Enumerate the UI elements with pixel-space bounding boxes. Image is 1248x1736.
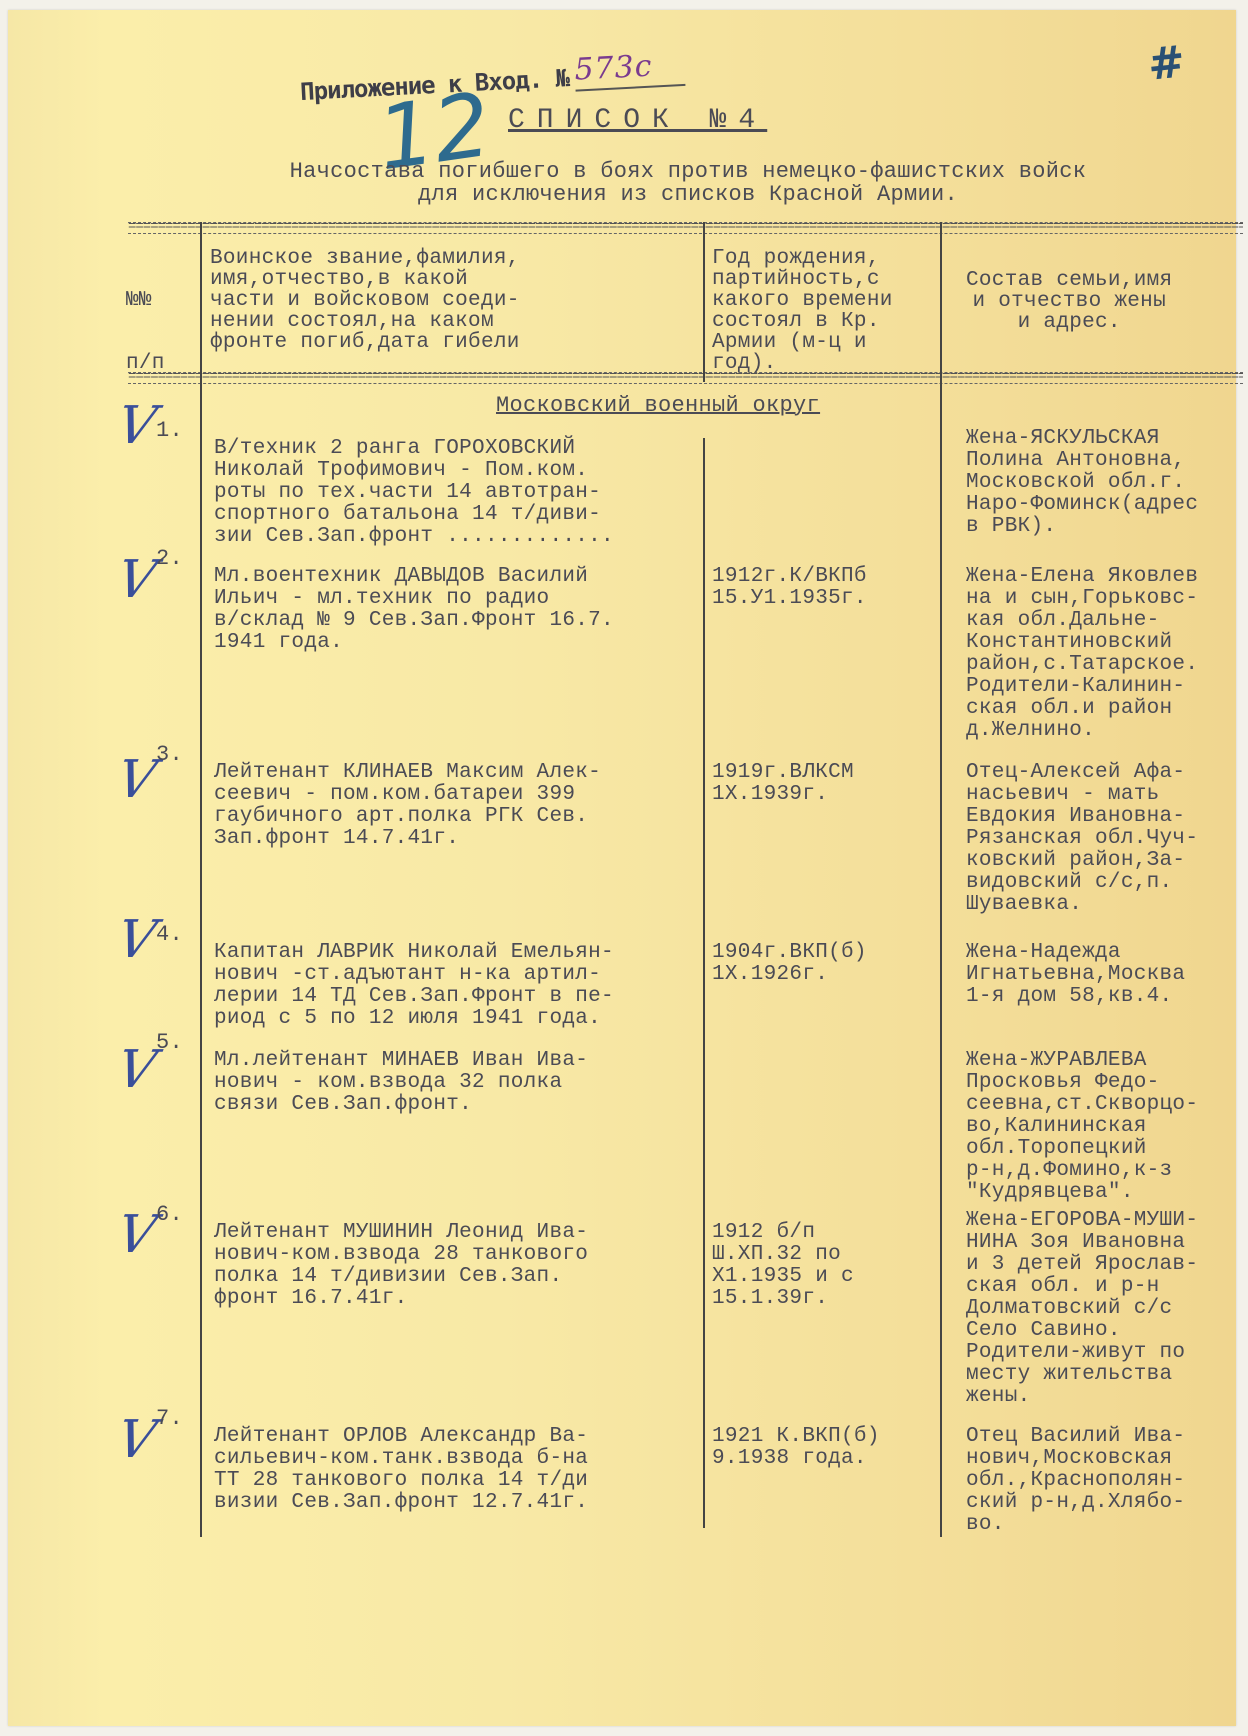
header-line: №№ bbox=[126, 290, 178, 311]
person-details: Лейтенант МУШИНИН Леонид Ива-нович-ком.в… bbox=[214, 1222, 588, 1310]
text-line: фронт 16.7.41г. bbox=[214, 1288, 588, 1310]
header-line: нении состоял,на каком bbox=[210, 311, 520, 332]
text-line: Село Савино. bbox=[966, 1320, 1198, 1342]
row-number: 1. bbox=[156, 420, 183, 442]
text-line: Ильич - мл.техник по радио bbox=[214, 588, 614, 610]
corner-mark: # bbox=[1145, 36, 1187, 91]
text-line: Мл.воентехник ДАВЫДОВ Василий bbox=[214, 566, 614, 588]
text-line: Жена-Елена Яковлев bbox=[966, 566, 1198, 588]
check-mark-icon: V bbox=[113, 550, 161, 610]
document-title: СПИСОК №4 bbox=[508, 110, 767, 132]
header-line: какого времени bbox=[712, 290, 893, 311]
birth-party-details: 1904г.ВКП(б)1Х.1926г. bbox=[712, 942, 867, 986]
text-line: Жена-Надежда bbox=[966, 942, 1185, 964]
text-line: в РВК). bbox=[966, 516, 1198, 538]
text-line: 1921 К.ВКП(б) bbox=[712, 1426, 880, 1448]
section-heading: Московский военный округ bbox=[496, 395, 820, 417]
row-number: 7. bbox=[156, 1408, 183, 1430]
text-line: обл.Торопецкий bbox=[966, 1138, 1198, 1160]
text-line: Евдокия Ивановна- bbox=[966, 806, 1198, 828]
text-line: Родители-Калинин- bbox=[966, 676, 1198, 698]
text-line: Отец Василий Ива- bbox=[966, 1426, 1185, 1448]
check-mark-icon: V bbox=[113, 396, 161, 456]
check-mark-icon: V bbox=[113, 910, 161, 970]
family-details: Отец-Алексей Афа-насьевич - матьЕвдокия … bbox=[966, 762, 1198, 916]
text-line: В/техник 2 ранга ГОРОХОВСКИЙ bbox=[214, 438, 614, 460]
text-line: кая обл.Дальне- bbox=[966, 610, 1198, 632]
person-details: Мл.воентехник ДАВЫДОВ ВасилийИльич - мл.… bbox=[214, 566, 614, 654]
text-line: ская обл. и р-н bbox=[966, 1276, 1198, 1298]
text-line: лерии 14 ТД Сев.Зап.Фронт в пе- bbox=[214, 986, 614, 1008]
person-details: Капитан ЛАВРИК Николай Емельян-нович -ст… bbox=[214, 942, 614, 1030]
text-line: 1904г.ВКП(б) bbox=[712, 942, 867, 964]
text-line: ский р-н,д.Хлябо- bbox=[966, 1492, 1185, 1514]
text-line: Жена-ЯСКУЛЬСКАЯ bbox=[966, 428, 1198, 450]
header-line: Год рождения, bbox=[712, 248, 893, 269]
header-line: фронте погиб,дата гибели bbox=[210, 332, 520, 353]
text-line: визии Сев.Зап.фронт 12.7.41г. bbox=[214, 1492, 588, 1514]
family-details: Отец Василий Ива-нович,Московскаяобл.,Кр… bbox=[966, 1426, 1185, 1536]
person-details: Лейтенант КЛИНАЕВ Максим Алек-сеевич - п… bbox=[214, 762, 601, 850]
double-rule-header-bottom: ========================================… bbox=[128, 372, 1243, 384]
text-line: Х1.1935 и с bbox=[712, 1266, 854, 1288]
header-person: Воинское звание,фамилия,имя,отчество,в к… bbox=[210, 248, 520, 353]
birth-party-details: 1912 б/пШ.ХП.32 поХ1.1935 и с15.1.39г. bbox=[712, 1222, 854, 1310]
text-line: Просковья Федо- bbox=[966, 1072, 1198, 1094]
text-line: Лейтенант КЛИНАЕВ Максим Алек- bbox=[214, 762, 601, 784]
text-line: связи Сев.Зап.фронт. bbox=[214, 1094, 588, 1116]
birth-party-details: 1921 К.ВКП(б)9.1938 года. bbox=[712, 1426, 880, 1470]
row-number: 3. bbox=[156, 744, 183, 766]
header-line: и отчество жены bbox=[966, 291, 1172, 312]
text-line: 1919г.ВЛКСМ bbox=[712, 762, 854, 784]
text-line: Ш.ХП.32 по bbox=[712, 1244, 854, 1266]
header-line: партийность,с bbox=[712, 269, 893, 290]
text-line: Мл.лейтенант МИНАЕВ Иван Ива- bbox=[214, 1050, 588, 1072]
double-rule-top: ========================================… bbox=[128, 222, 1243, 234]
text-line: сильевич-ком.танк.взвода б-на bbox=[214, 1448, 588, 1470]
text-line: Московской обл.г. bbox=[966, 472, 1198, 494]
text-line: ская обл.и район bbox=[966, 698, 1198, 720]
check-mark-icon: V bbox=[113, 1040, 161, 1100]
header-line: Армии (м-ц и bbox=[712, 332, 893, 353]
column-divider bbox=[703, 438, 705, 1528]
header-line: имя,отчество,в какой bbox=[210, 269, 520, 290]
text-line: Лейтенант МУШИНИН Леонид Ива- bbox=[214, 1222, 588, 1244]
text-line: Жена-ЕГОРОВА-МУШИ- bbox=[966, 1210, 1198, 1232]
header-line: и адрес. bbox=[966, 312, 1172, 333]
header-line: п/п bbox=[126, 353, 178, 374]
text-line: район,с.Татарское. bbox=[966, 654, 1198, 676]
family-details: Жена-ЖУРАВЛЕВАПросковья Федо-сеевна,ст.С… bbox=[966, 1050, 1198, 1204]
text-line: во,Калининская bbox=[966, 1116, 1198, 1138]
text-line: 1-я дом 58,кв.4. bbox=[966, 986, 1185, 1008]
text-line: ковский район,За- bbox=[966, 850, 1198, 872]
text-line: 1941 года. bbox=[214, 632, 614, 654]
text-line: нович-ком.взвода 28 танкового bbox=[214, 1244, 588, 1266]
column-divider bbox=[940, 222, 942, 1537]
text-line: НИНА Зоя Ивановна bbox=[966, 1232, 1198, 1254]
subtitle-line: для исключения из списков Красной Армии. bbox=[208, 183, 1168, 206]
header-line: части и войсковом соеди- bbox=[210, 290, 520, 311]
incoming-stamp: Приложение к Вход. №573с bbox=[300, 58, 686, 106]
header-line: Состав семьи,имя bbox=[966, 270, 1172, 291]
text-line: Жена-ЖУРАВЛЕВА bbox=[966, 1050, 1198, 1072]
text-line: Родители-живут по bbox=[966, 1342, 1198, 1364]
check-mark-icon: V bbox=[113, 1205, 161, 1265]
person-details: Мл.лейтенант МИНАЕВ Иван Ива-нович - ком… bbox=[214, 1050, 588, 1116]
text-line: во. bbox=[966, 1514, 1185, 1536]
person-details: В/техник 2 ранга ГОРОХОВСКИЙНиколай Троф… bbox=[214, 438, 614, 548]
text-line: Наро-Фоминск(адрес bbox=[966, 494, 1198, 516]
text-line: месту жительства bbox=[966, 1364, 1198, 1386]
text-line: 1Х.1939г. bbox=[712, 784, 854, 806]
family-details: Жена-Елена Яковлевна и сын,Горьковс-кая … bbox=[966, 566, 1198, 742]
text-line: видовский с/с,п. bbox=[966, 872, 1198, 894]
text-line: риод с 5 по 12 июля 1941 года. bbox=[214, 1008, 614, 1030]
text-line: 15.У1.1935г. bbox=[712, 588, 867, 610]
text-line: сеевна,ст.Скворцо- bbox=[966, 1094, 1198, 1116]
row-number: 2. bbox=[156, 548, 183, 570]
column-divider bbox=[703, 222, 705, 382]
text-line: роты по тех.части 14 автотран- bbox=[214, 482, 614, 504]
subtitle-line: Начсостава погибшего в боях против немец… bbox=[208, 160, 1168, 183]
column-divider bbox=[200, 222, 202, 1537]
text-line: обл.,Краснополян- bbox=[966, 1470, 1185, 1492]
text-line: спортного батальона 14 т/диви- bbox=[214, 504, 614, 526]
text-line: р-н,д.Фомино,к-з bbox=[966, 1160, 1198, 1182]
header-num: №№ п/п bbox=[126, 248, 178, 416]
text-line: Рязанская обл.Чуч- bbox=[966, 828, 1198, 850]
text-line: Лейтенант ОРЛОВ Александр Ва- bbox=[214, 1426, 588, 1448]
header-party: Год рождения,партийность,скакого времени… bbox=[712, 248, 893, 374]
text-line: Отец-Алексей Афа- bbox=[966, 762, 1198, 784]
text-line: ТТ 28 танкового полка 14 т/ди bbox=[214, 1470, 588, 1492]
text-line: зии Сев.Зап.фронт ............. bbox=[214, 526, 614, 548]
text-line: в/склад № 9 Сев.Зап.Фронт 16.7. bbox=[214, 610, 614, 632]
stamp-number: 573с bbox=[574, 49, 654, 88]
text-line: 9.1938 года. bbox=[712, 1448, 880, 1470]
row-number: 4. bbox=[156, 924, 183, 946]
birth-party-details: 1919г.ВЛКСМ1Х.1939г. bbox=[712, 762, 854, 806]
text-line: гаубичного арт.полка РГК Сев. bbox=[214, 806, 601, 828]
text-line: Константиновский bbox=[966, 632, 1198, 654]
text-line: жены. bbox=[966, 1386, 1198, 1408]
check-mark-icon: V bbox=[113, 750, 161, 810]
text-line: д.Желнино. bbox=[966, 720, 1198, 742]
family-details: Жена-НадеждаИгнатьевна,Москва1-я дом 58,… bbox=[966, 942, 1185, 1008]
header-line: Воинское звание,фамилия, bbox=[210, 248, 520, 269]
text-line: "Кудрявцева". bbox=[966, 1182, 1198, 1204]
text-line: Игнатьевна,Москва bbox=[966, 964, 1185, 986]
text-line: полка 14 т/дивизии Сев.Зап. bbox=[214, 1266, 588, 1288]
text-line: Шуваевка. bbox=[966, 894, 1198, 916]
text-line: на и сын,Горьковс- bbox=[966, 588, 1198, 610]
text-line: 15.1.39г. bbox=[712, 1288, 854, 1310]
text-line: Николай Трофимович - Пом.ком. bbox=[214, 460, 614, 482]
document-subtitle: Начсостава погибшего в боях против немец… bbox=[208, 160, 1168, 206]
family-details: Жена-ЕГОРОВА-МУШИ-НИНА Зоя Ивановнаи 3 д… bbox=[966, 1210, 1198, 1408]
document-page: Приложение к Вход. №573с 12 # СПИСОК №4 … bbox=[8, 10, 1236, 1726]
family-details: Жена-ЯСКУЛЬСКАЯПолина Антоновна,Московск… bbox=[966, 428, 1198, 538]
check-mark-icon: V bbox=[113, 1410, 161, 1470]
text-line: Долматовский с/с bbox=[966, 1298, 1198, 1320]
row-number: 5. bbox=[156, 1032, 183, 1054]
header-line: состоял в Кр. bbox=[712, 311, 893, 332]
text-line: 1912г.К/ВКПб bbox=[712, 566, 867, 588]
text-line: нович -ст.адъютант н-ка артил- bbox=[214, 964, 614, 986]
row-number: 6. bbox=[156, 1204, 183, 1226]
text-line: Полина Антоновна, bbox=[966, 450, 1198, 472]
text-line: сеевич - пом.ком.батареи 399 bbox=[214, 784, 601, 806]
header-family: Состав семьи,имяи отчество женыи адрес. bbox=[966, 270, 1172, 333]
header-line: год). bbox=[712, 353, 893, 374]
person-details: Лейтенант ОРЛОВ Александр Ва-сильевич-ко… bbox=[214, 1426, 588, 1514]
text-line: 1912 б/п bbox=[712, 1222, 854, 1244]
text-line: Зап.фронт 14.7.41г. bbox=[214, 828, 601, 850]
text-line: и 3 детей Ярослав- bbox=[966, 1254, 1198, 1276]
text-line: нович,Московская bbox=[966, 1448, 1185, 1470]
text-line: насьевич - мать bbox=[966, 784, 1198, 806]
birth-party-details: 1912г.К/ВКПб15.У1.1935г. bbox=[712, 566, 867, 610]
text-line: Капитан ЛАВРИК Николай Емельян- bbox=[214, 942, 614, 964]
text-line: нович - ком.взвода 32 полка bbox=[214, 1072, 588, 1094]
text-line: 1Х.1926г. bbox=[712, 964, 867, 986]
